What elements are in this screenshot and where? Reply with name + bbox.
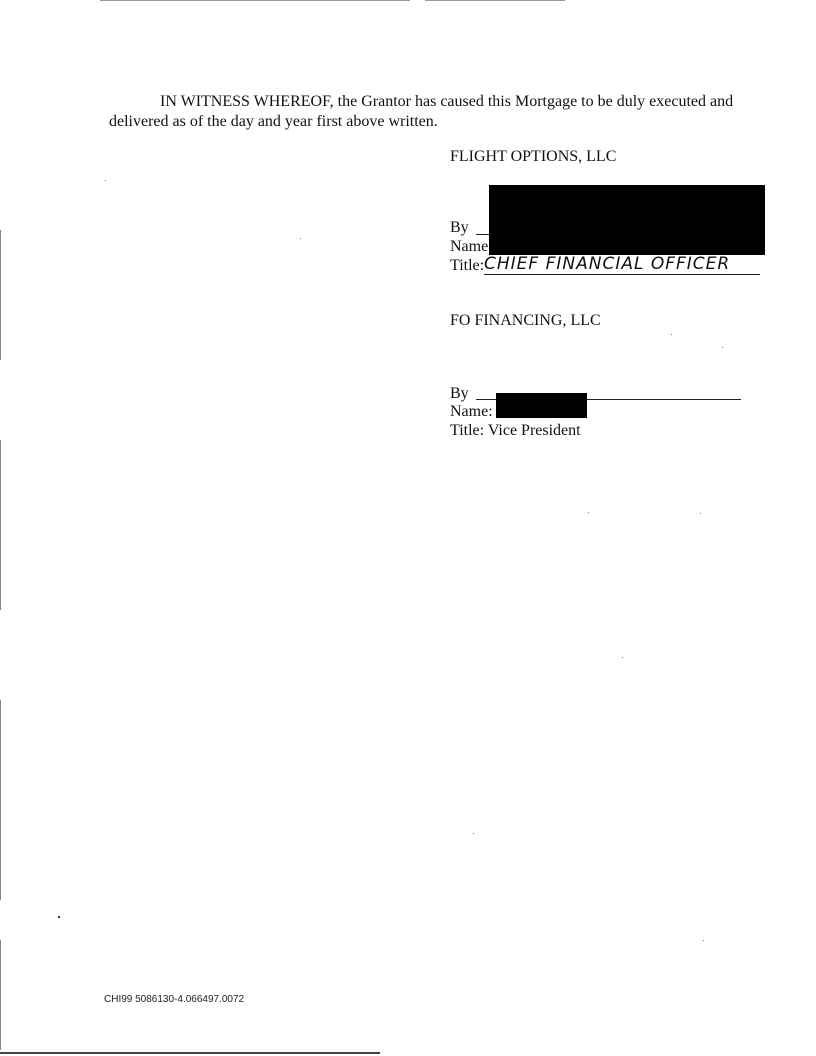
scan-speck	[703, 940, 704, 941]
by-label: By	[450, 219, 469, 236]
title-line-2: Title: Vice President	[450, 421, 581, 440]
scan-speck	[58, 916, 60, 918]
redaction-box	[489, 185, 765, 255]
scan-speck	[473, 833, 474, 834]
scan-artifact	[425, 0, 565, 1]
redaction-box	[496, 393, 587, 418]
by-line-2: By	[450, 384, 469, 403]
title-label: Title:	[450, 257, 484, 274]
scan-speck	[700, 513, 701, 514]
document-id-footer: CHI99 5086130-4.066497.0072	[104, 994, 244, 1005]
title-label: Title:	[450, 422, 484, 439]
scan-artifact	[0, 440, 1, 610]
scan-speck	[300, 238, 301, 239]
name-label: Name	[450, 238, 488, 255]
scan-artifact	[0, 230, 1, 360]
title-value: Vice President	[488, 422, 581, 439]
scan-artifact	[0, 940, 1, 1050]
handwritten-title: CHIEF FINANCIAL OFFICER	[484, 254, 730, 274]
scan-artifact	[0, 700, 1, 900]
scan-artifact	[100, 0, 410, 1]
company-name: FLIGHT OPTIONS, LLC	[450, 147, 616, 166]
signatory-block-2: FO FINANCING, LLC	[450, 311, 601, 330]
scan-speck	[622, 657, 623, 658]
title-underline	[484, 274, 760, 275]
witness-text: IN WITNESS WHEREOF, the Grantor has caus…	[109, 93, 733, 130]
company-name: FO FINANCING, LLC	[450, 311, 601, 330]
signatory-block-1: FLIGHT OPTIONS, LLC	[450, 147, 616, 166]
scan-artifact	[0, 1052, 380, 1054]
by-label: By	[450, 385, 469, 402]
name-label: Name:	[450, 403, 493, 420]
name-line-2: Name:	[450, 402, 493, 421]
witness-paragraph: IN WITNESS WHEREOF, the Grantor has caus…	[109, 92, 759, 132]
scan-speck	[588, 512, 589, 513]
scan-speck	[722, 347, 723, 348]
scan-speck	[671, 334, 672, 335]
signature-line	[476, 234, 490, 235]
title-line-1: Title:	[450, 256, 484, 275]
name-line-1: Name	[450, 237, 488, 256]
scan-speck	[105, 180, 106, 181]
by-line-1: By	[450, 218, 469, 237]
